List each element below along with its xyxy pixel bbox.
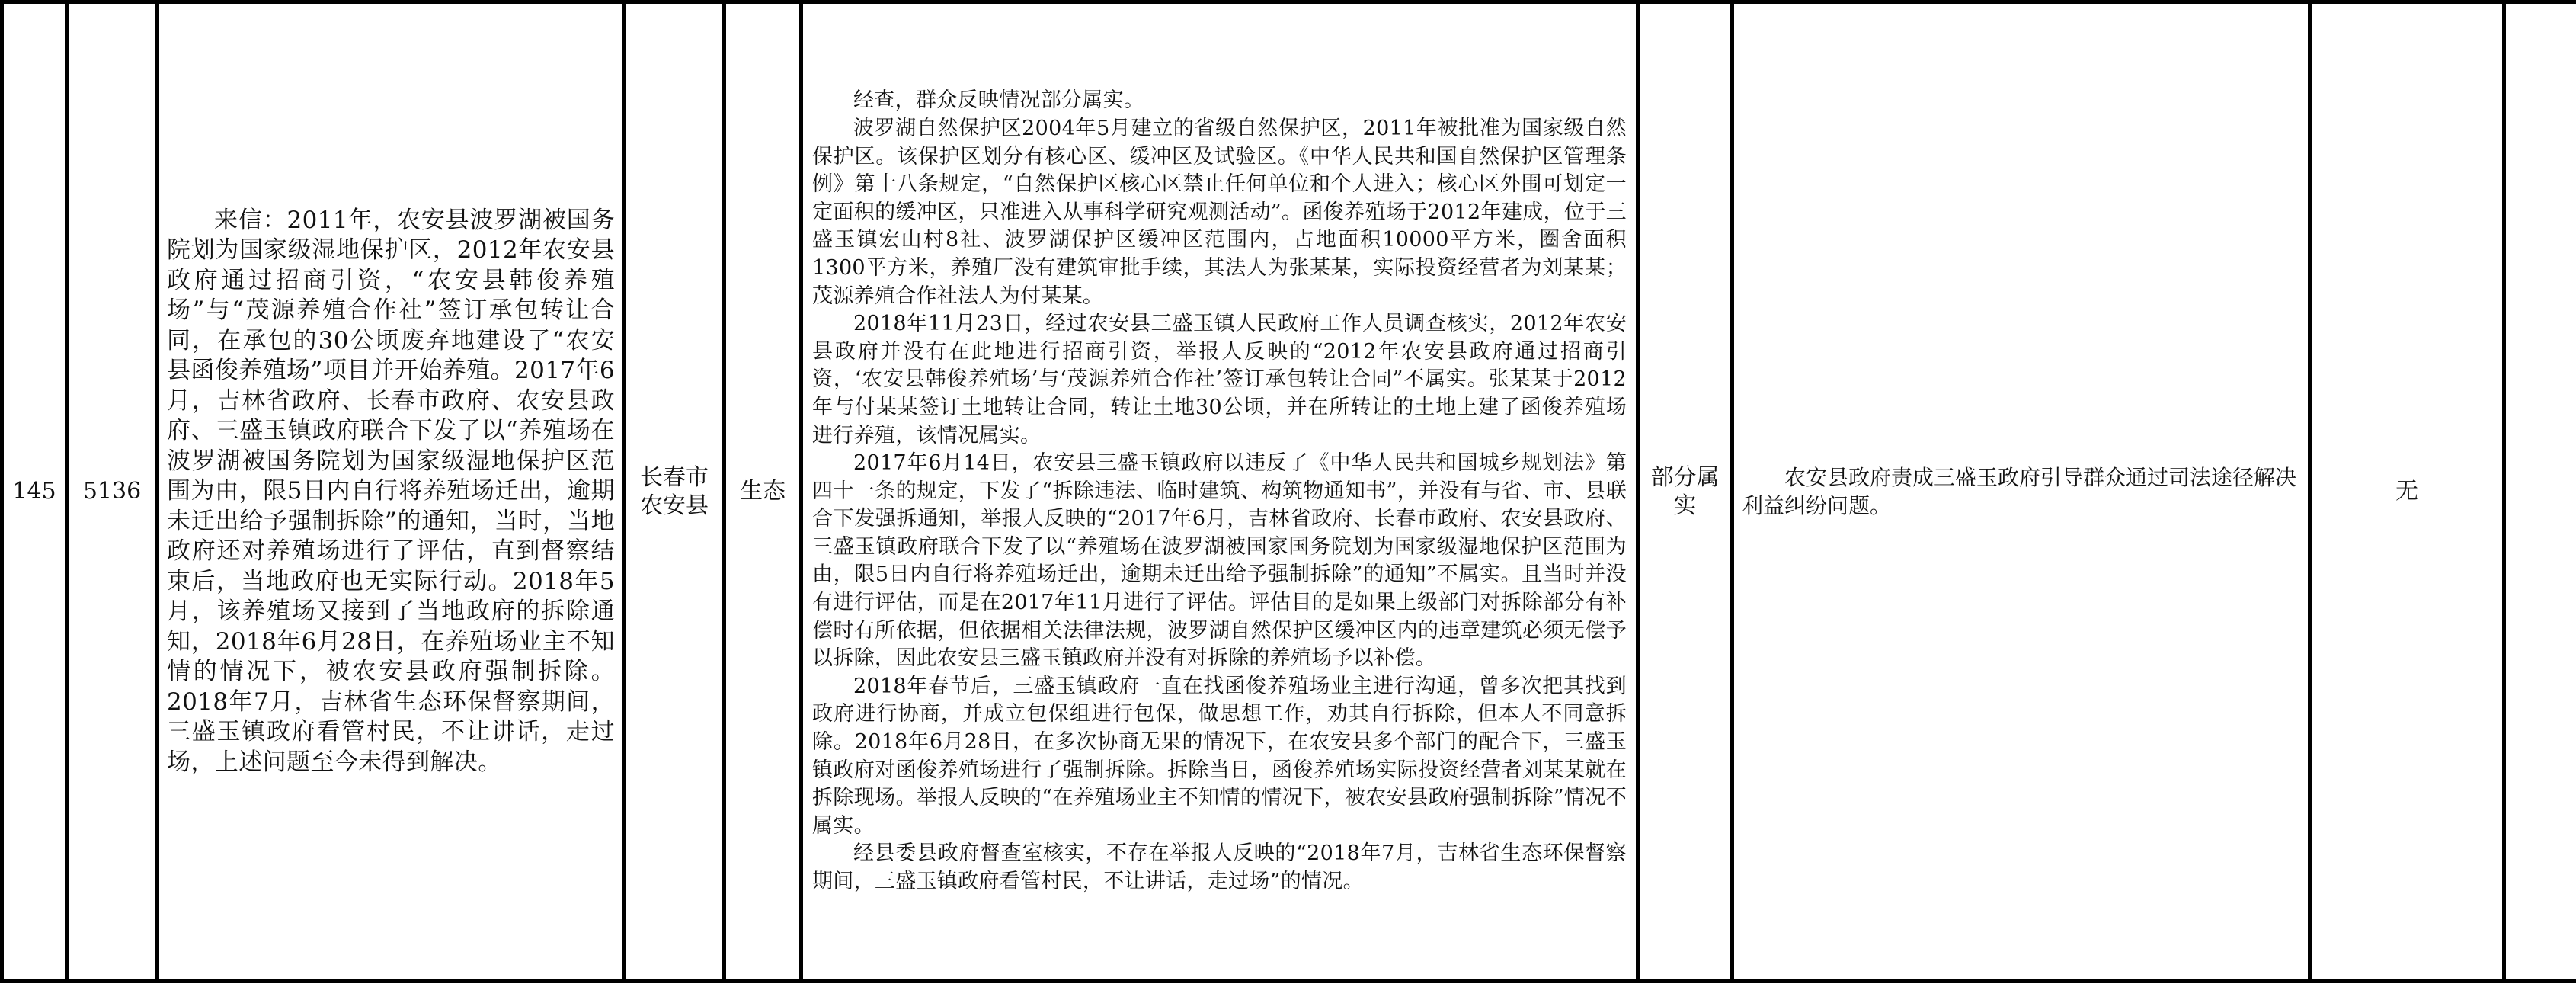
- region-county: 农安县: [626, 492, 722, 521]
- complaint-text: 来信：2011年，农安县波罗湖被国务院划为国家级湿地保护区，2012年农安县政府…: [159, 206, 622, 778]
- investigation-paragraph: 经县委县政府督查室核实，不存在举报人反映的“2018年7月，吉林省生态环保督察期…: [812, 840, 1627, 896]
- investigation-paragraph: 波罗湖自然保护区2004年5月建立的省级自然保护区，2011年被批准为国家级自然…: [812, 115, 1627, 310]
- cell-case-id: 5136: [67, 2, 158, 982]
- case-id: 5136: [83, 478, 141, 505]
- investigation-paragraph: 经查，群众反映情况部分属实。: [812, 87, 1627, 115]
- table-row: 145 5136 来信：2011年，农安县波罗湖被国务院划为国家级湿地保护区，2…: [2, 2, 2576, 982]
- accountability-value: 无: [2395, 478, 2418, 505]
- cell-investigation: 经查，群众反映情况部分属实。 波罗湖自然保护区2004年5月建立的省级自然保护区…: [802, 2, 1638, 982]
- investigation-text: 经查，群众反映情况部分属实。 波罗湖自然保护区2004年5月建立的省级自然保护区…: [803, 79, 1636, 903]
- cell-rectification: 农安县政府责成三盛玉政府引导群众通过司法途径解决利益纠纷问题。: [1733, 2, 2310, 982]
- cell-complaint: 来信：2011年，农安县波罗湖被国务院划为国家级湿地保护区，2012年农安县政府…: [158, 2, 625, 982]
- complaint-paragraph: 来信：2011年，农安县波罗湖被国务院划为国家级湿地保护区，2012年农安县政府…: [167, 206, 615, 778]
- rectification-text: 农安县政府责成三盛玉政府引导群众通过司法途径解决利益纠纷问题。: [1734, 463, 2308, 520]
- region-city: 长春市: [626, 463, 722, 492]
- investigation-paragraph: 2018年春节后，三盛玉镇政府一直在找函俊养殖场业主进行沟通，曾多次把其找到政府…: [812, 673, 1627, 841]
- rectification-paragraph: 农安县政府责成三盛玉政府引导群众通过司法途径解决利益纠纷问题。: [1742, 463, 2300, 520]
- cell-verdict: 部分属 实: [1638, 2, 1733, 982]
- category-label: 生态: [740, 478, 786, 505]
- cell-remark: [2504, 2, 2576, 982]
- cell-index: 145: [2, 2, 67, 982]
- investigation-paragraph: 2017年6月14日，农安县三盛玉镇政府以违反了《中华人民共和国城乡规划法》第四…: [812, 450, 1627, 673]
- verdict-line: 部分属: [1640, 463, 1730, 492]
- cell-accountability: 无: [2310, 2, 2504, 982]
- cell-category: 生态: [725, 2, 802, 982]
- cell-region: 长春市 农安县: [625, 2, 725, 982]
- investigation-paragraph: 2018年11月23日，经过农安县三盛玉镇人民政府工作人员调查核实，2012年农…: [812, 310, 1627, 450]
- row-index: 145: [12, 478, 56, 505]
- verdict-line: 实: [1640, 492, 1730, 521]
- case-table: 145 5136 来信：2011年，农安县波罗湖被国务院划为国家级湿地保护区，2…: [0, 0, 2576, 983]
